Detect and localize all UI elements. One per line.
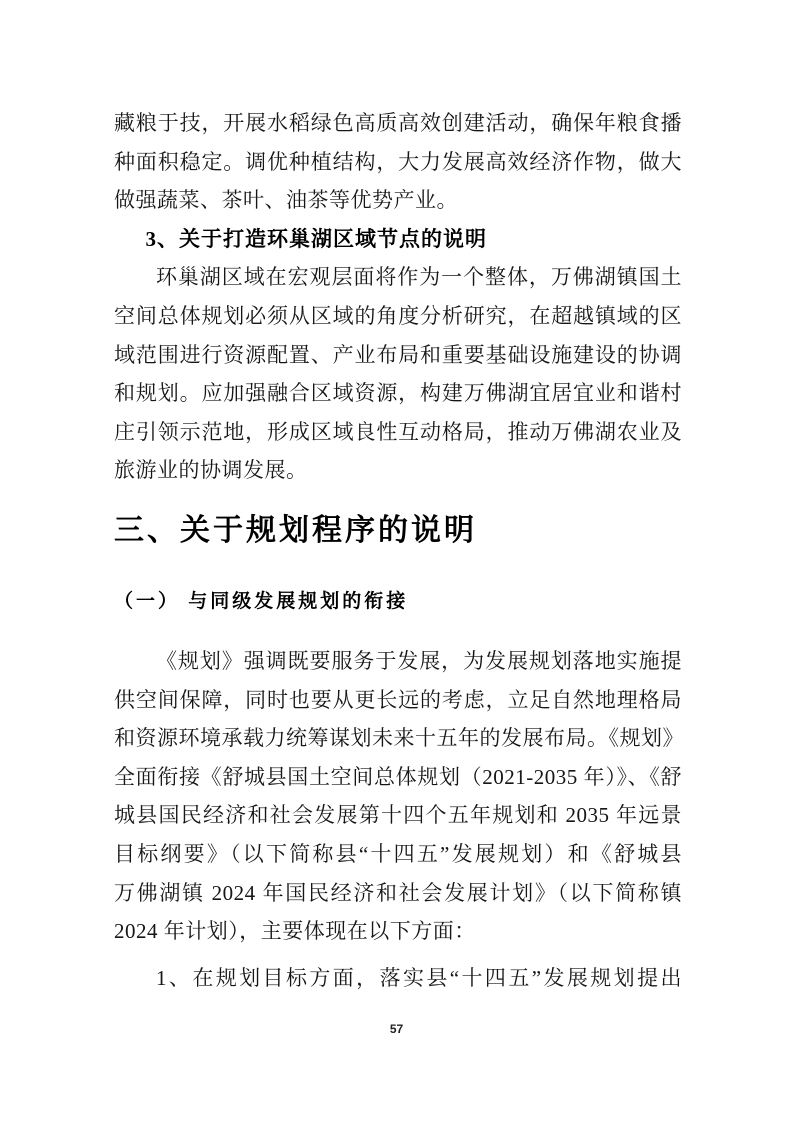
paragraph-linkage: 《规划》强调既要服务于发展，为发展规划落地实施提 供空间保障，同时也要从更长远的… xyxy=(114,642,682,951)
text-line: 环巢湖区域在宏观层面将作为一个整体，万佛湖镇国土 xyxy=(114,258,682,297)
paragraph-continuation: 藏粮于技，开展水稻绿色高质高效创建活动，确保年粮食播 种面积稳定。调优种植结构，… xyxy=(114,104,682,220)
text-line: 庄引领示范地，形成区域良性互动格局，推动万佛湖农业及 xyxy=(114,413,682,452)
paragraph-region: 环巢湖区域在宏观层面将作为一个整体，万佛湖镇国土 空间总体规划必须从区域的角度分… xyxy=(114,258,682,490)
text-line: 和规划。应加强融合区域资源，构建万佛湖宜居宜业和谐村 xyxy=(114,374,682,413)
sub-heading: （一） 与同级发展规划的衔接 xyxy=(114,586,682,618)
numbered-subsection-heading: 3、关于打造环巢湖区域节点的说明 xyxy=(114,220,682,259)
document-page: 藏粮于技，开展水稻绿色高质高效创建活动，确保年粮食播 种面积稳定。调优种植结构，… xyxy=(0,0,793,1122)
text-line: 藏粮于技，开展水稻绿色高质高效创建活动，确保年粮食播 xyxy=(114,104,682,143)
section-heading: 三、关于规划程序的说明 xyxy=(114,506,682,556)
text-line: 全面衔接《舒城县国土空间总体规划（2021-2035 年）》、《舒 xyxy=(114,758,682,797)
text-line: 1、在规划目标方面，落实县“十四五”发展规划提出 xyxy=(114,959,682,998)
paragraph-goal: 1、在规划目标方面，落实县“十四五”发展规划提出 xyxy=(114,959,682,998)
text-line: 城县国民经济和社会发展第十四个五年规划和 2035 年远景 xyxy=(114,796,682,835)
text-line: 目标纲要》（以下简称县“十四五”发展规划）和《舒城县 xyxy=(114,835,682,874)
text-line: 空间总体规划必须从区域的角度分析研究，在超越镇域的区 xyxy=(114,297,682,336)
text-line: 2024 年计划），主要体现在以下方面： xyxy=(114,912,682,951)
text-line: 种面积稳定。调优种植结构，大力发展高效经济作物，做大 xyxy=(114,143,682,182)
text-line: 万佛湖镇 2024 年国民经济和社会发展计划》（以下简称镇 xyxy=(114,874,682,913)
text-line: 旅游业的协调发展。 xyxy=(114,451,682,490)
text-line: 供空间保障，同时也要从更长远的考虑，立足自然地理格局 xyxy=(114,681,682,720)
page-number: 57 xyxy=(0,1022,793,1036)
text-line: 和资源环境承载力统筹谋划未来十五年的发展布局。《规划》 xyxy=(114,719,682,758)
text-line: 域范围进行资源配置、产业布局和重要基础设施建设的协调 xyxy=(114,336,682,375)
text-line: 做强蔬菜、茶叶、油茶等优势产业。 xyxy=(114,181,682,220)
document-body: 藏粮于技，开展水稻绿色高质高效创建活动，确保年粮食播 种面积稳定。调优种植结构，… xyxy=(114,104,682,997)
text-line: 《规划》强调既要服务于发展，为发展规划落地实施提 xyxy=(114,642,682,681)
